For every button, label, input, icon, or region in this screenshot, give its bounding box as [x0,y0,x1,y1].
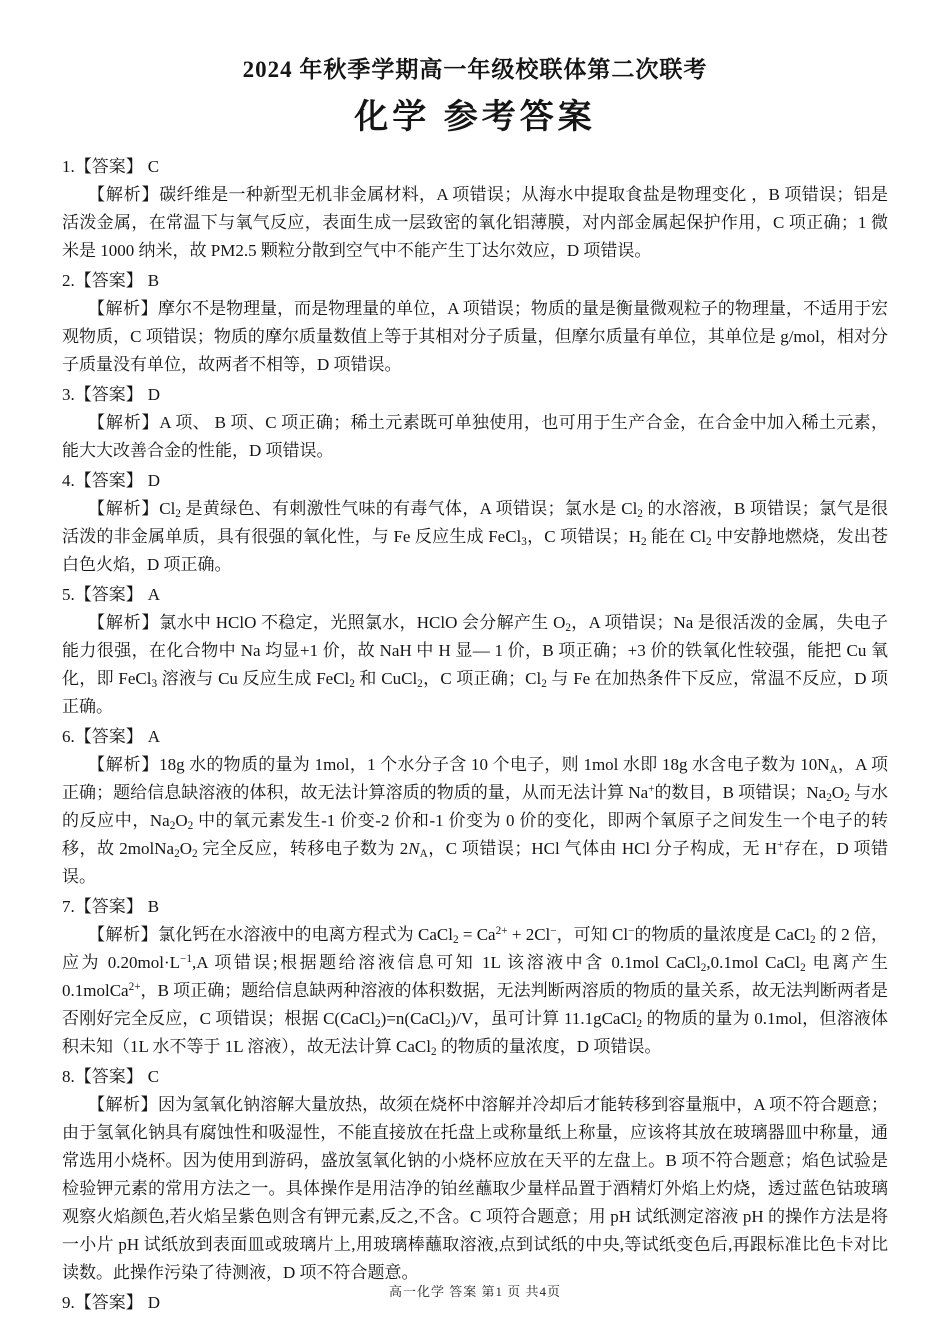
item-number: 4. [62,471,75,490]
answer-label: 【答案】 [75,585,143,604]
analysis-paragraph: 【解析】氯水中 HClO 不稳定，光照氯水，HClO 会分解产生 O2，A 项错… [62,609,888,721]
answer-item-6: 6.【答案】A 【解析】18g 水的物质的量为 1mol，1 个水分子含 10 … [62,723,888,891]
analysis-paragraph: 【解析】碳纤维是一种新型无机非金属材料，A 项错误；从海水中提取食盐是物理变化 … [62,181,888,265]
answer-value: B [143,271,159,290]
answer-label: 【答案】 [75,157,143,176]
analysis-text: 摩尔不是物理量，而是物理量的单位，A 项错误；物质的量是衡量微观粒子的物理量，不… [62,299,888,374]
answer-line: 7.【答案】B [62,893,888,921]
item-number: 2. [62,271,75,290]
analysis-text: 因为氢氧化钠溶解大量放热，故须在烧杯中溶解并冷却后才能转移到容量瓶中，A 项不符… [62,1095,888,1282]
item-number: 6. [62,727,75,746]
answer-value: D [143,385,160,404]
answer-line: 8.【答案】C [62,1063,888,1091]
analysis-label: 【解析】 [88,185,159,204]
answer-line: 3.【答案】D [62,381,888,409]
answer-item-2: 2.【答案】B 【解析】摩尔不是物理量，而是物理量的单位，A 项错误；物质的量是… [62,267,888,379]
answer-item-3: 3.【答案】D 【解析】A 项、 B 项、C 项正确；稀土元素既可单独使用，也可… [62,381,888,465]
document-title: 2024 年秋季学期高一年级校联体第二次联考 [62,54,888,86]
answer-label: 【答案】 [75,1067,143,1086]
answer-label: 【答案】 [75,727,143,746]
analysis-label: 【解析】 [88,299,158,318]
answer-item-4: 4.【答案】D 【解析】Cl2 是黄绿色、有刺激性气味的有毒气体，A 项错误；氯… [62,467,888,579]
item-number: 7. [62,897,75,916]
analysis-text: 碳纤维是一种新型无机非金属材料，A 项错误；从海水中提取食盐是物理变化 ，B 项… [62,185,888,260]
answer-line: 2.【答案】B [62,267,888,295]
answer-line: 1.【答案】C [62,153,888,181]
analysis-label: 【解析】 [88,755,159,774]
analysis-paragraph: 【解析】18g 水的物质的量为 1mol，1 个水分子含 10 个电子，则 1m… [62,751,888,891]
answer-label: 【答案】 [75,385,143,404]
answer-value: A [143,727,160,746]
analysis-text: 18g 水的物质的量为 1mol，1 个水分子含 10 个电子，则 1mol 水… [62,755,888,886]
answer-value: C [143,1067,159,1086]
answer-label: 【答案】 [75,897,143,916]
analysis-label: 【解析】 [88,499,159,518]
analysis-paragraph: 【解析】氯化钙在水溶液中的电离方程式为 CaCl2 = Ca2+ + 2Cl−，… [62,921,888,1061]
analysis-label: 【解析】 [88,413,159,432]
analysis-paragraph: 【解析】Cl2 是黄绿色、有刺激性气味的有毒气体，A 项错误；氯水是 Cl2 的… [62,495,888,579]
analysis-paragraph: 【解析】摩尔不是物理量，而是物理量的单位，A 项错误；物质的量是衡量微观粒子的物… [62,295,888,379]
answer-value: B [143,897,159,916]
analysis-label: 【解析】 [88,925,158,944]
item-number: 3. [62,385,75,404]
analysis-paragraph: 【解析】因为氢氧化钠溶解大量放热，故须在烧杯中溶解并冷却后才能转移到容量瓶中，A… [62,1091,888,1287]
answer-item-5: 5.【答案】A 【解析】氯水中 HClO 不稳定，光照氯水，HClO 会分解产生… [62,581,888,721]
analysis-label: 【解析】 [88,1095,158,1114]
analysis-text: 氯水中 HClO 不稳定，光照氯水，HClO 会分解产生 O2，A 项错误；Na… [62,613,888,716]
page-footer: 高一化学 答案 第1 页 共4页 [0,1281,950,1300]
document-subtitle: 化学 参考答案 [62,95,888,139]
answer-item-7: 7.【答案】B 【解析】氯化钙在水溶液中的电离方程式为 CaCl2 = Ca2+… [62,893,888,1061]
answer-item-8: 8.【答案】C 【解析】因为氢氧化钠溶解大量放热，故须在烧杯中溶解并冷却后才能转… [62,1063,888,1287]
answer-value: D [143,471,160,490]
item-number: 1. [62,157,75,176]
answer-line: 4.【答案】D [62,467,888,495]
analysis-text: 氯化钙在水溶液中的电离方程式为 CaCl2 = Ca2+ + 2Cl−，可知 C… [62,925,888,1056]
analysis-label: 【解析】 [88,613,159,632]
analysis-paragraph: 【解析】A 项、 B 项、C 项正确；稀土元素既可单独使用，也可用于生产合金，在… [62,409,888,465]
item-number: 8. [62,1067,75,1086]
analysis-text: A 项、 B 项、C 项正确；稀土元素既可单独使用，也可用于生产合金，在合金中加… [62,413,888,460]
answer-line: 6.【答案】A [62,723,888,751]
answer-line: 5.【答案】A [62,581,888,609]
answer-value: A [143,585,160,604]
item-number: 5. [62,585,75,604]
answer-label: 【答案】 [75,271,143,290]
answer-list: 1.【答案】C 【解析】碳纤维是一种新型无机非金属材料，A 项错误；从海水中提取… [62,153,888,1317]
answer-item-1: 1.【答案】C 【解析】碳纤维是一种新型无机非金属材料，A 项错误；从海水中提取… [62,153,888,265]
answer-label: 【答案】 [75,471,143,490]
document-page: 2024 年秋季学期高一年级校联体第二次联考 化学 参考答案 1.【答案】C 【… [0,0,950,1317]
analysis-text: Cl2 是黄绿色、有刺激性气味的有毒气体，A 项错误；氯水是 Cl2 的水溶液，… [62,499,888,574]
answer-value: C [143,157,159,176]
